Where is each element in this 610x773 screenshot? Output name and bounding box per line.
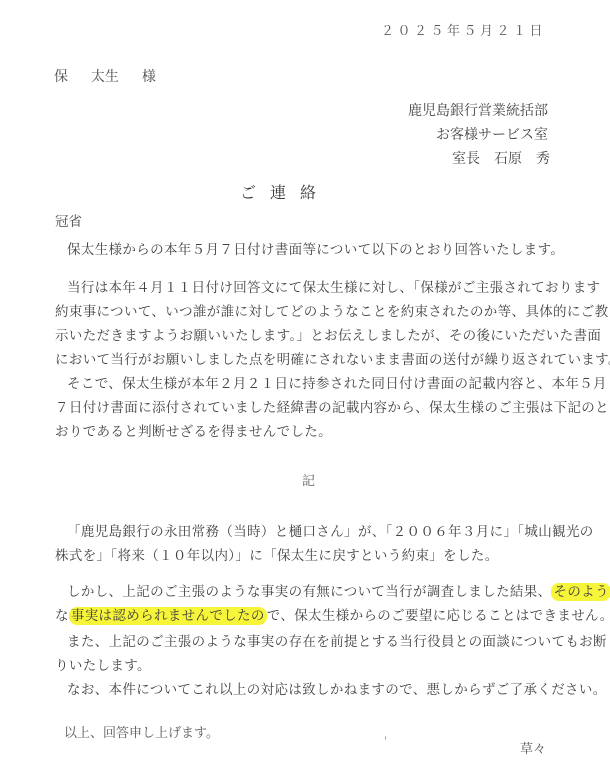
notice-line: なお、本件についてこれ以上の対応は致しかねますので、悪しからずご了承ください。	[55, 678, 607, 698]
paragraph-line: 約束事について、いつ誰が誰に対してどのようなことを約束されたのか等、具体的にご教	[55, 300, 608, 320]
recipient-given-name: 太生	[91, 66, 119, 86]
sender-organization: 鹿児島銀行営業統括部	[408, 100, 548, 120]
scan-speck: '	[384, 736, 387, 747]
paragraph-line: そこで、保太生様が本年２月２１日に持参された同日付け書面の記載内容と、本年５月	[55, 372, 607, 392]
memo-label: 記	[302, 470, 315, 489]
finding-text: で、保太生様からのご要望に応じることはできません。	[267, 608, 610, 624]
paragraph-line: 示いただきますようお願いいたします。」とお伝えしましたが、その後にいただいた書面	[55, 324, 601, 344]
recipient-honorific: 様	[142, 66, 156, 86]
sign-off: 草々	[520, 738, 546, 757]
sender-person: 室長 石原 秀	[452, 148, 550, 168]
paragraph-line: において当行がお願いしました点を明確にされないまま書面の送付が繰り返されています…	[55, 348, 610, 368]
closing-line: 以上、回答申し上げます。	[64, 722, 219, 741]
finding-text: な	[55, 608, 69, 624]
paragraph-line: ７日付け書面に添付されていました経緯書の記載内容から、保太生様のご主張は下記のと	[55, 396, 609, 416]
highlighted-text: そのよう	[551, 583, 610, 601]
finding-line-1: しかし、上記のご主張のような事実の有無について当行が調査しました結果、そのよう	[55, 580, 610, 600]
recipient-family-name: 保	[54, 66, 68, 86]
claim-line: 株式を」「将来（１０年以内）」に「保太生に戻すという約束」をした。	[55, 544, 499, 564]
greeting: 冠省	[55, 210, 82, 230]
letter-date: ２０２５年５月２１日	[381, 20, 546, 39]
paragraph-line: 当行は本年４月１１日付け回答文にて保太生様に対し、「保様がご主張されております	[55, 276, 600, 296]
paragraph-intro: 保太生様からの本年５月７日付け書面等について以下のとおり回答いたします。	[55, 238, 564, 258]
paragraph-line: おりであると判断せざるを得ませんでした。	[55, 420, 332, 440]
letter-title: ご連絡	[240, 180, 330, 203]
recipient: 保 太生 様	[54, 66, 156, 86]
finding-line-2: な事実は認められませんでしたので、保太生様からのご要望に応じることはできません。	[55, 604, 610, 624]
sender-department: お客様サービス室	[436, 124, 548, 144]
highlighted-text: 事実は認められませんでしたの	[69, 607, 267, 625]
refusal-line: りいたします。	[55, 654, 151, 674]
claim-line: 「鹿児島銀行の永田常務（当時）と樋口さん」が、「２００６年３月に」「城山観光の	[55, 520, 594, 540]
finding-text: しかし、上記のご主張のような事実の有無について当行が調査しました結果、	[67, 584, 551, 600]
refusal-line: また、上記のご主張のような事実の存在を前提とする当行役員との面談についてもお断	[55, 630, 607, 650]
letter-page: ２０２５年５月２１日 保 太生 様 鹿児島銀行営業統括部 お客様サービス室 室長…	[0, 0, 610, 773]
